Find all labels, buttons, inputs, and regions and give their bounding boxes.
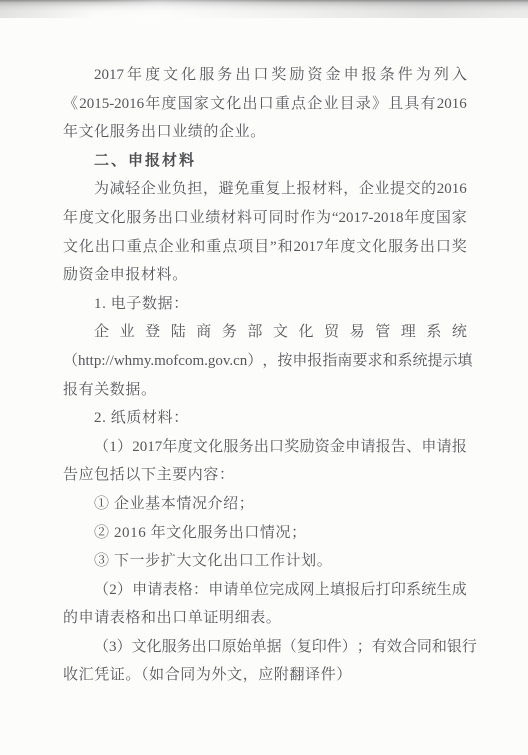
text-line: （http://whmy.mofcom.gov.cn），按申报指南要求和系统提示…: [63, 347, 467, 376]
text-line: 收汇凭证。（如合同为外文，应附翻译件）: [63, 661, 467, 690]
document-body: 2017年度文化服务出口奖励资金申报条件为列入《2015-2016年度国家文化出…: [63, 61, 467, 690]
text-line: 励资金申报材料。: [63, 261, 467, 290]
text-line: （2）申请表格：申请单位完成网上填报后打印系统生成: [94, 576, 467, 605]
text-line: （1）2017年度文化服务出口奖励资金申请报告、申请报: [94, 433, 467, 462]
text-line: 2. 纸质材料：: [94, 404, 467, 433]
section-heading: 二、申报材料: [94, 147, 467, 176]
text-line: 企业登陆商务部文化贸易管理系统: [94, 318, 467, 347]
text-line: 年度文化服务出口业绩材料可同时作为“2017-2018年度国家: [63, 204, 467, 233]
text-line: 告应包括以下主要内容：: [63, 461, 467, 490]
text-line: 年文化服务出口业绩的企业。: [63, 118, 467, 147]
text-line: 的申请表格和出口单证明细表。: [63, 604, 467, 633]
text-line: ① 企业基本情况介绍；: [94, 490, 467, 519]
text-line: 文化出口重点企业和重点项目”和2017年度文化服务出口奖: [63, 233, 467, 262]
text-line: 1. 电子数据：: [94, 290, 467, 319]
text-line: 《2015-2016年度国家文化出口重点企业目录》且具有2016: [63, 90, 467, 119]
text-line: ② 2016 年文化服务出口情况；: [94, 519, 467, 548]
text-line: 为减轻企业负担，避免重复上报材料，企业提交的2016: [94, 175, 467, 204]
text-line: ③ 下一步扩大文化出口工作计划。: [94, 547, 467, 576]
text-line: 报有关数据。: [63, 376, 467, 405]
scan-edge-shadow: [0, 0, 528, 18]
text-line: （3）文化服务出口原始单据（复印件）；有效合同和银行: [94, 633, 467, 662]
document-page: 2017年度文化服务出口奖励资金申报条件为列入《2015-2016年度国家文化出…: [0, 0, 528, 755]
text-line: 2017年度文化服务出口奖励资金申报条件为列入: [94, 61, 467, 90]
